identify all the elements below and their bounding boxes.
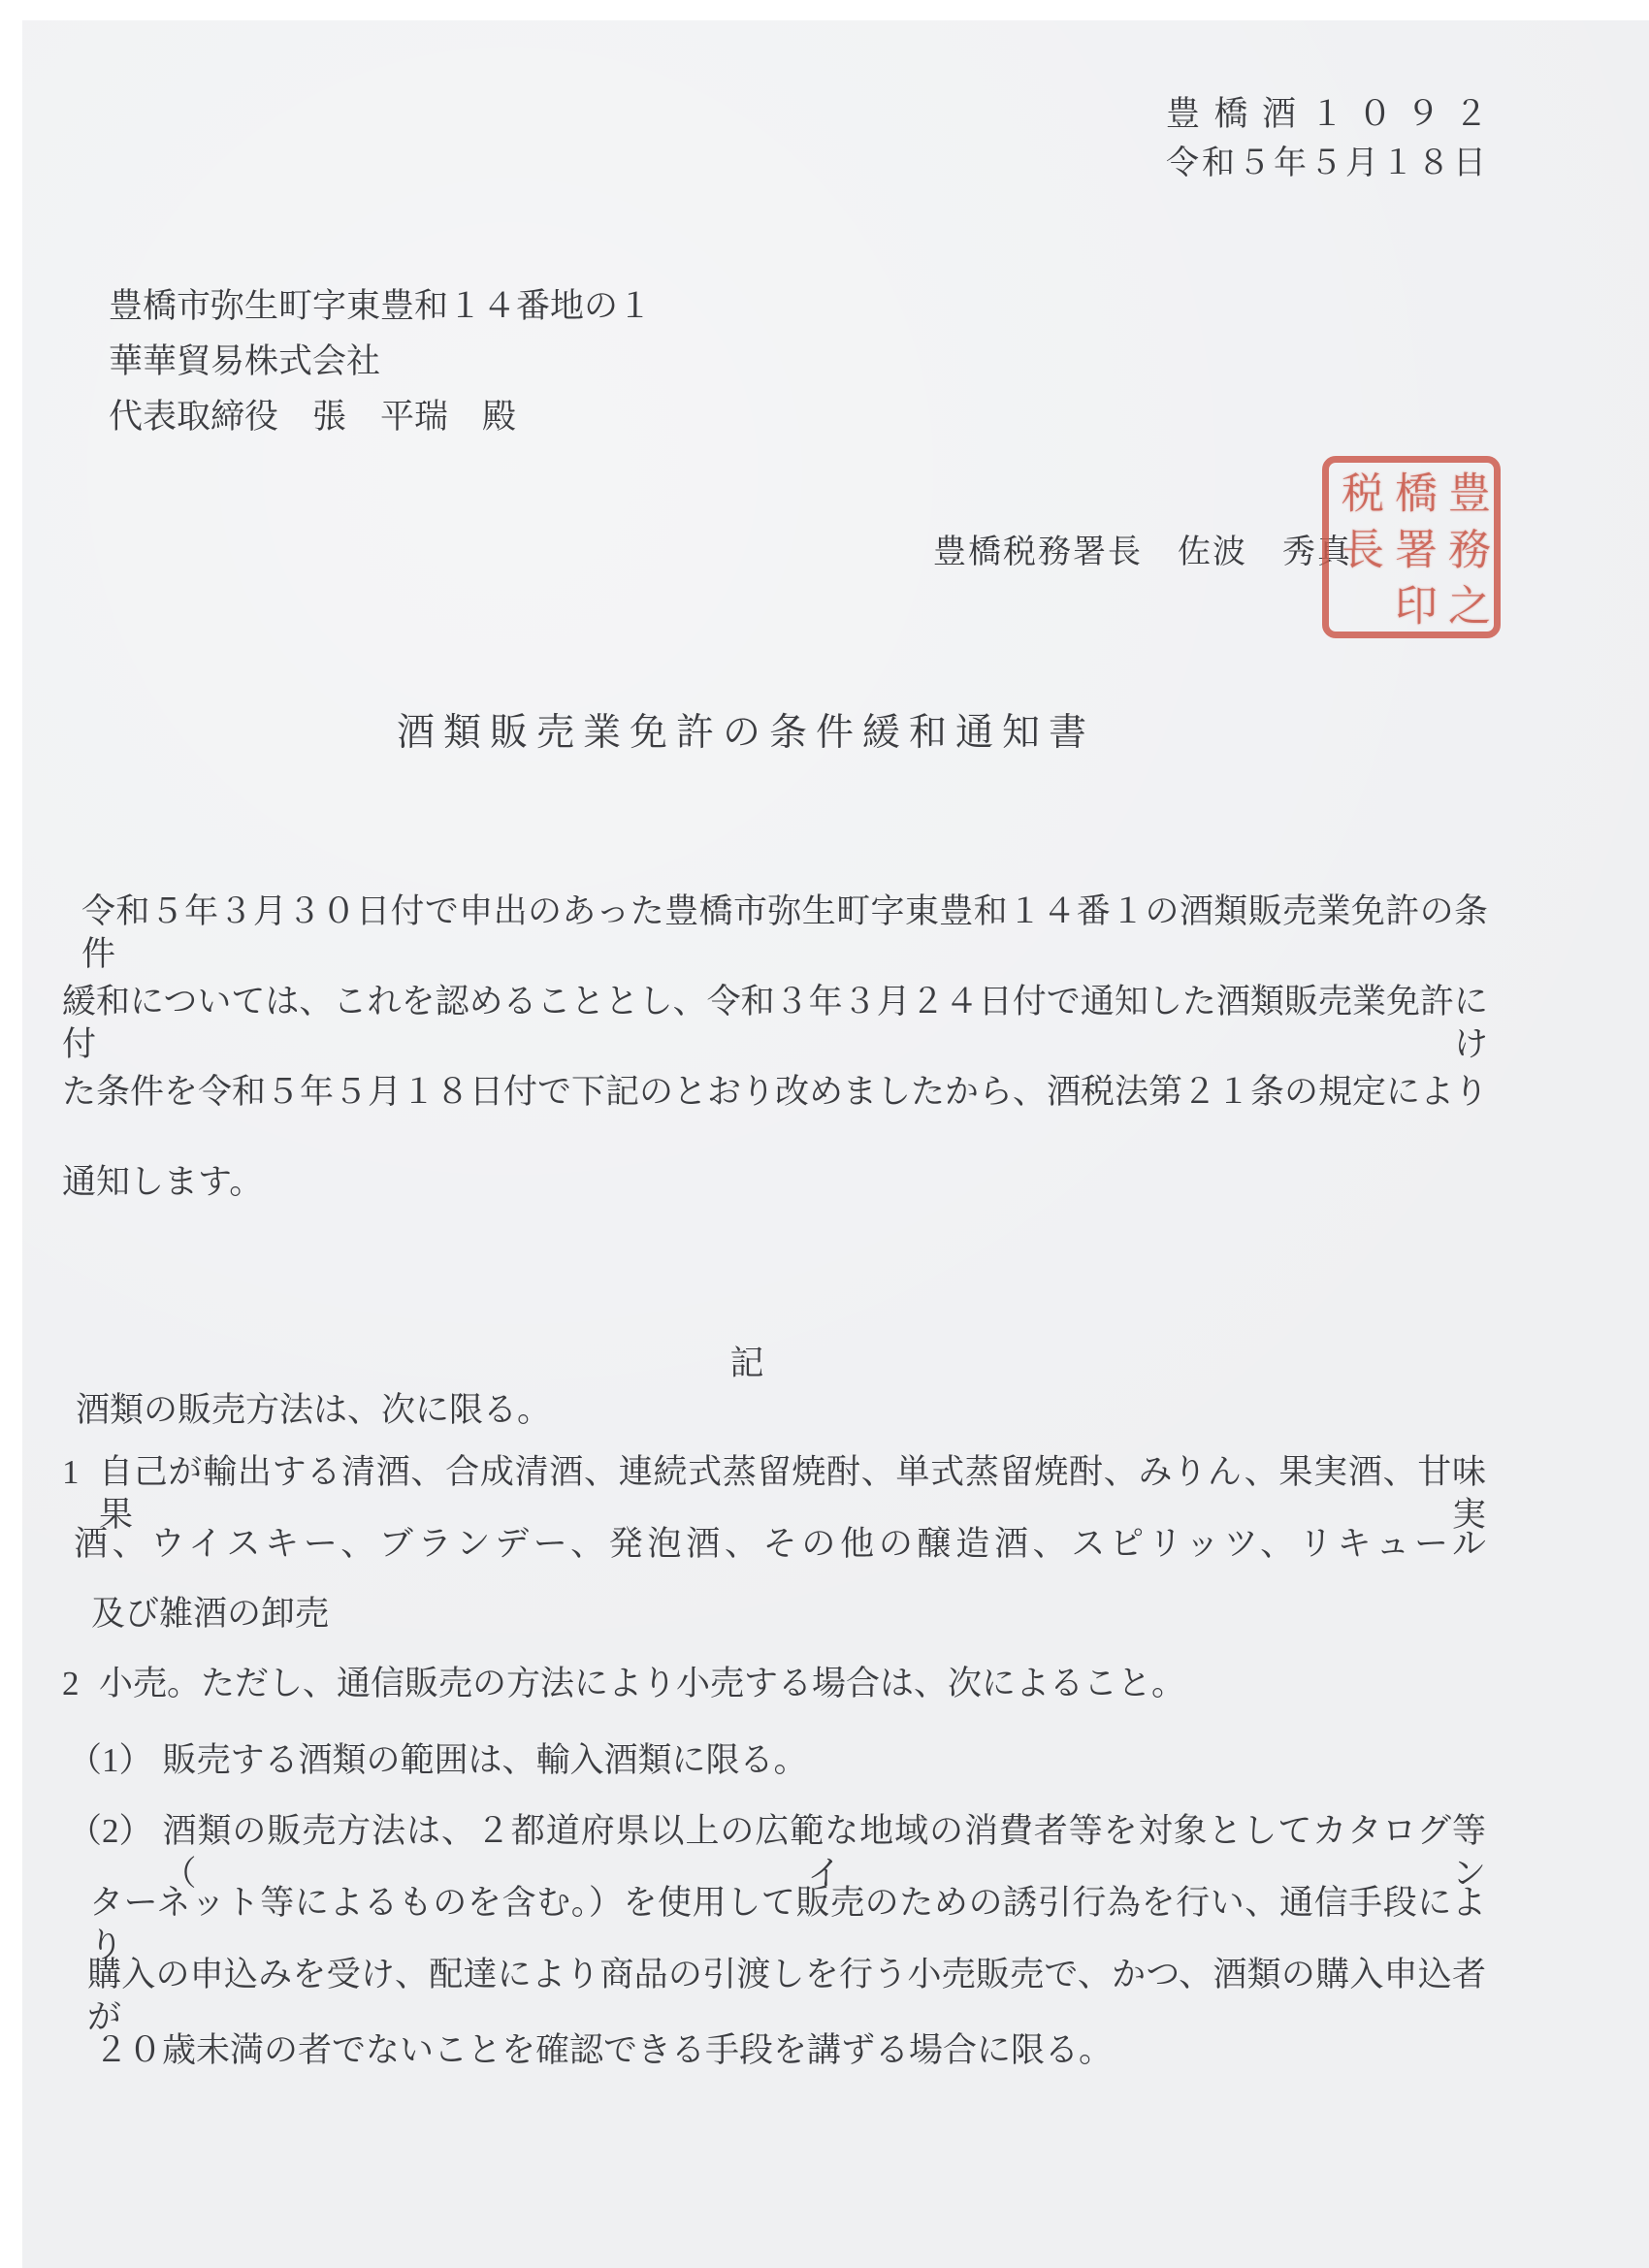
sender-name: 豊橋税務署長 佐波 秀真 — [933, 533, 1352, 574]
recipient-block: 豊橋市弥生町字東豊和１４番地の１ 華華貿易株式会社 代表取締役 張 平瑞 殿 — [109, 285, 652, 451]
item-2-line-1: 2 小売。ただし、通信販売の方法により小売する場合は、次によること。 — [62, 1663, 1486, 1705]
seal-text-column-left: 之印 — [1331, 583, 1492, 632]
item-2-marker: 2 — [62, 1663, 99, 1705]
item-1-marker: 1 — [62, 1451, 99, 1494]
body-line: 緩和については、これを認めることとし、令和３年３月２４日付で通知した酒類販売業免… — [62, 981, 1488, 1071]
sub-item-2-marker: （2） — [68, 1810, 153, 1853]
sub-item-1-line-1: （1） 販売する酒類の範囲は、輸入酒類に限る。 — [68, 1739, 1486, 1782]
document-number: 豊橋酒１０９２ — [1166, 93, 1488, 136]
seal-text-column-middle: 務署長 — [1331, 527, 1492, 583]
recipient-company: 華華貿易株式会社 — [109, 340, 652, 396]
body-line: た条件を令和５年５月１８日付で下記のとおり改めましたから、酒税法第２１条の規定に… — [62, 1071, 1488, 1161]
item-2-text: 小売。ただし、通信販売の方法により小売する場合は、次によること。 — [99, 1663, 1486, 1705]
document-page: 豊橋酒１０９２ 令和５年５月１８日 豊橋市弥生町字東豊和１４番地の１ 華華貿易株… — [0, 0, 1649, 2268]
official-seal-stamp: 豊橋税 務署長 之印 — [1322, 456, 1501, 638]
item-1-line-2: 酒、ウイスキー、ブランデー、発泡酒、その他の醸造酒、スピリッツ、リキュール — [74, 1523, 1486, 1566]
recipient-representative: 代表取締役 張 平瑞 殿 — [109, 396, 652, 451]
body-line: 通知します。 — [62, 1161, 1488, 1251]
body-line: 令和５年３月３０日付で申出のあった豊橋市弥生町字東豊和１４番１の酒類販売業免許の… — [62, 891, 1488, 981]
body-paragraph: 令和５年３月３０日付で申出のあった豊橋市弥生町字東豊和１４番１の酒類販売業免許の… — [62, 891, 1488, 1251]
ki-marker: 記 — [0, 1343, 1494, 1385]
document-date: 令和５年５月１８日 — [1166, 144, 1486, 185]
item-1-line-3: 及び雑酒の卸売 — [91, 1593, 329, 1636]
seal-text-column-right: 豊橋税 — [1331, 470, 1492, 527]
recipient-address: 豊橋市弥生町字東豊和１４番地の１ — [109, 285, 652, 340]
sub-item-1-text: 販売する酒類の範囲は、輸入酒類に限る。 — [163, 1739, 1486, 1782]
sub-item-1-marker: （1） — [68, 1739, 153, 1782]
sub-item-2-line-3: 購入の申込みを受け、配達により商品の引渡しを行う小売販売で、かつ、酒類の購入申込… — [87, 1954, 1486, 2039]
sub-item-2-line-4: ２０歳未満の者でないことを確認できる手段を講ずる場合に限る。 — [94, 2029, 1113, 2072]
document-title: 酒類販売業免許の条件緩和通知書 — [0, 702, 1492, 757]
conditions-intro: 酒類の販売方法は、次に限る。 — [76, 1389, 551, 1432]
